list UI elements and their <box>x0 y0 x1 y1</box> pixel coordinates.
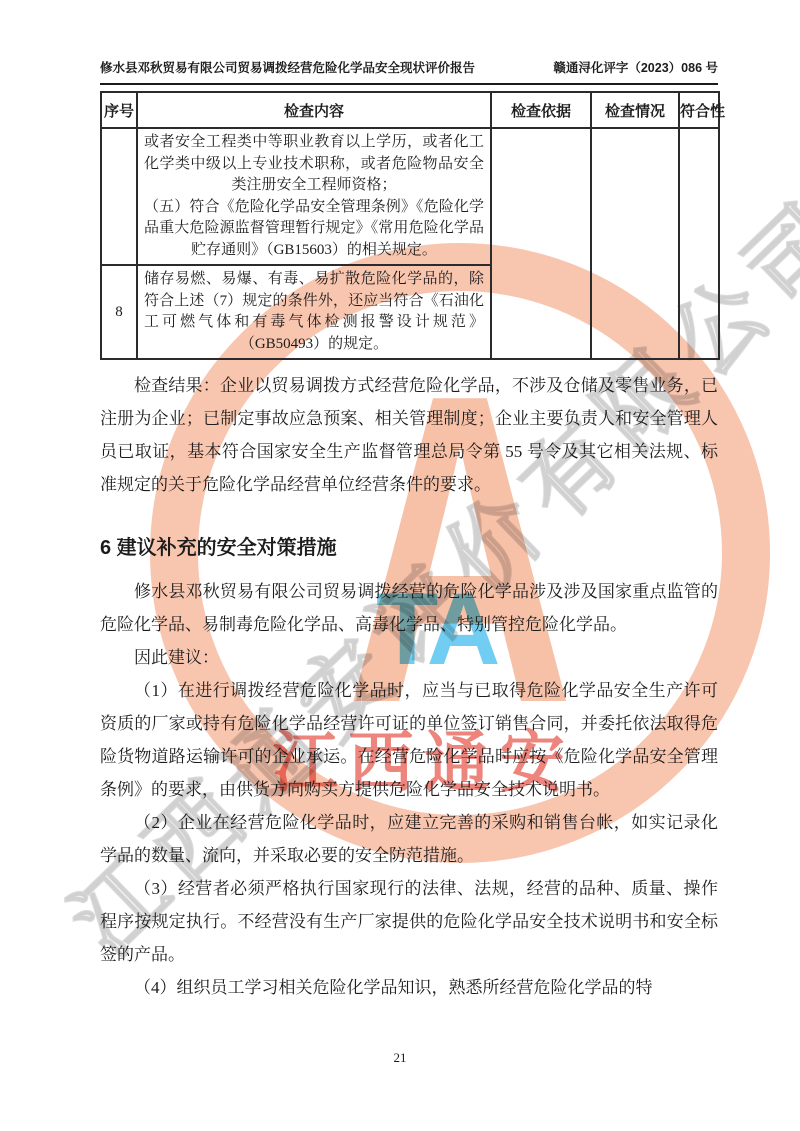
column-header-conformity: 符合性 <box>679 92 719 128</box>
table-row: 或者安全工程类中等职业教育以上学历，或者化工化学类中级以上专业技术职称，或者危险… <box>101 128 719 265</box>
running-header: 修水县邓秋贸易有限公司贸易调拨经营危险化学品安全现状评价报告 赣通浔化评字（20… <box>100 58 718 85</box>
column-header-status: 检查情况 <box>591 92 679 128</box>
document-number: 赣通浔化评字（2023）086 号 <box>553 58 718 76</box>
page-number: 21 <box>0 1050 800 1066</box>
inspection-table: 序号 检查内容 检查依据 检查情况 符合性 或者安全工程类中等职业教育以上学历，… <box>100 91 720 360</box>
body-paragraph: （1）在进行调拨经营危险化学品时，应当与已取得危险化学品安全生产许可资质的厂家或… <box>100 674 718 806</box>
column-header-no: 序号 <box>101 92 137 128</box>
column-header-basis: 检查依据 <box>491 92 591 128</box>
page-content: 修水县邓秋贸易有限公司贸易调拨经营危险化学品安全现状评价报告 赣通浔化评字（20… <box>100 58 718 1004</box>
check-content-cell: 或者安全工程类中等职业教育以上学历，或者化工化学类中级以上专业技术职称，或者危险… <box>137 128 491 265</box>
check-content-cell: 储存易燃、易爆、有毒、易扩散危险化学品的，除符合上述（7）规定的条件外，还应当符… <box>137 265 491 359</box>
body-paragraph: 修水县邓秋贸易有限公司贸易调拨经营的危险化学品涉及涉及国家重点监管的危险化学品、… <box>100 575 718 641</box>
body-paragraph: 因此建议： <box>100 641 718 674</box>
table-header-row: 序号 检查内容 检查依据 检查情况 符合性 <box>101 92 719 128</box>
conformity-cell <box>679 128 719 359</box>
document-title: 修水县邓秋贸易有限公司贸易调拨经营危险化学品安全现状评价报告 <box>100 58 475 76</box>
column-header-content: 检查内容 <box>137 92 491 128</box>
check-result-paragraph: 检查结果：企业以贸易调拨方式经营危险化学品，不涉及仓储及零售业务，已注册为企业；… <box>100 369 718 501</box>
document-page: A 江西通安评价有限公司 TA 江西通安 修水县邓秋贸易有限公司贸易调拨经营危险… <box>0 0 800 1131</box>
body-paragraph: （3）经营者必须严格执行国家现行的法律、法规，经营的品种、质量、操作程序按规定执… <box>100 872 718 971</box>
body-paragraph: （4）组织员工学习相关危险化学品知识，熟悉所经营危险化学品的特 <box>100 971 718 1004</box>
row-number-cell <box>101 128 137 265</box>
body-paragraph: （2）企业在经营危险化学品时，应建立完善的采购和销售台帐，如实记录化学品的数量、… <box>100 806 718 872</box>
check-status-cell <box>591 128 679 359</box>
row-number-cell: 8 <box>101 265 137 359</box>
section-heading: 6 建议补充的安全对策措施 <box>100 531 718 560</box>
check-basis-cell <box>491 128 591 359</box>
